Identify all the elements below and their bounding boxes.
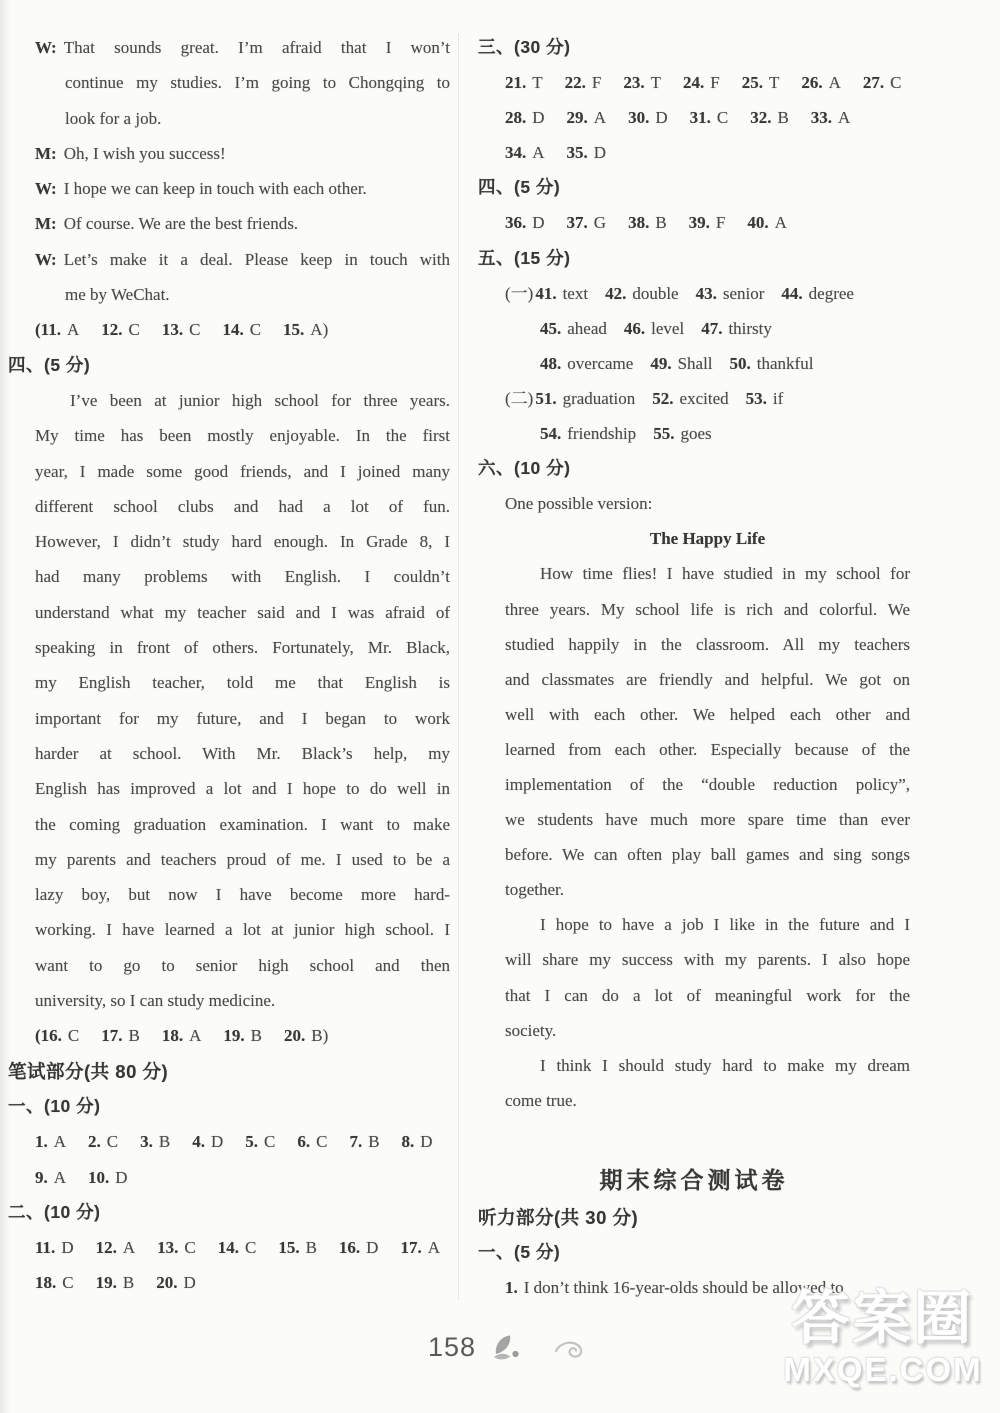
answer-number: 47.: [701, 319, 722, 338]
answer-number: 32.: [750, 108, 771, 127]
section-heading-2: 二、(10 分): [8, 1195, 450, 1230]
answer-number: 28.: [505, 108, 526, 127]
essay-line: important for my future, and I began to …: [35, 701, 450, 736]
answer-number: 4.: [192, 1132, 205, 1151]
answer-row-21-27: 21.T22.F23.T24.F25.T26.A27.C: [505, 65, 910, 100]
answer-pair: 34.A: [505, 135, 545, 170]
answer-number: 44.: [781, 284, 802, 303]
essay-line: my English teacher, told me that English…: [35, 665, 450, 700]
essay-line: my parents and teachers proud of me. I u…: [35, 842, 450, 877]
word-pair: 44.degree: [781, 276, 854, 311]
word-pair: 42.double: [605, 276, 679, 311]
answer-word: if: [773, 389, 783, 408]
answer-letter: A: [428, 1238, 440, 1257]
answer-pair: 24.F: [683, 65, 720, 100]
answer-number: 34.: [505, 143, 526, 162]
answer-word: excited: [680, 389, 729, 408]
answer-number: 20.: [156, 1273, 177, 1292]
answer-number: 18.: [35, 1273, 56, 1292]
word-pair: 55.goes: [653, 416, 711, 451]
answer-number: (11.: [35, 320, 61, 339]
answer-pair: (16.C: [35, 1018, 79, 1053]
answer-pair: 13.C: [162, 312, 201, 347]
word-row-45-47: 45.ahead46.level47.thirsty: [505, 311, 910, 346]
answer-letter: T: [769, 73, 779, 92]
answer-letter: T: [651, 73, 661, 92]
answer-number: 14.: [218, 1238, 239, 1257]
answer-letter: C: [68, 1026, 79, 1045]
dialogue-line: look for a job.: [35, 101, 450, 136]
answer-number: 26.: [801, 73, 822, 92]
essay-line: year, I made some good friends, and I jo…: [35, 454, 450, 489]
section-heading-5: 五、(15 分): [478, 241, 910, 276]
essay-line: and classmates are friendly and helpful.…: [505, 662, 910, 697]
answer-pair: 12.C: [101, 312, 140, 347]
answer-row-11-17: 11.D12.A13.C14.C15.B16.D17.A: [35, 1230, 450, 1265]
essay-line: My time has been mostly enjoyable. In th…: [35, 418, 450, 453]
word-pair: 54.friendship: [540, 416, 636, 451]
essay-line: understand what my teacher said and I wa…: [35, 595, 450, 630]
answer-pair: 31.C: [690, 100, 729, 135]
essay-line: before. We can often play ball games and…: [505, 837, 910, 872]
answer-number: 24.: [683, 73, 704, 92]
essay-line: together.: [505, 872, 910, 907]
dialogue-group: W:That sounds great. I’m afraid that I w…: [8, 30, 450, 312]
answer-pair: 14.C: [222, 312, 261, 347]
essay-line: we students have much more spare time th…: [505, 802, 910, 837]
answer-pair: 16.D: [339, 1230, 379, 1265]
answer-word: goes: [680, 424, 711, 443]
answer-number: 9.: [35, 1168, 48, 1187]
answer-pair: 30.D: [628, 100, 668, 135]
essay-line: come true.: [505, 1083, 910, 1118]
essay-line: I’ve been at junior high school for thre…: [35, 383, 450, 418]
essay-line: will share my success with my parents. I…: [505, 942, 910, 977]
answer-letter: A: [775, 213, 787, 232]
answer-pair: 37.G: [567, 205, 607, 240]
answer-number: 54.: [540, 424, 561, 443]
answer-pair: 1.A: [35, 1124, 66, 1159]
answer-number: 37.: [567, 213, 588, 232]
answer-row-11-15: (11.A12.C13.C14.C15.A): [35, 312, 450, 347]
answer-letter: C: [129, 320, 140, 339]
answer-number: 36.: [505, 213, 526, 232]
item-text: I don’t think 16-year-olds should be all…: [524, 1278, 844, 1297]
model-essay-paragraph-2: I hope to have a job I like in the futur…: [478, 907, 910, 1047]
answer-number: 49.: [650, 354, 671, 373]
answer-number: 51.: [535, 389, 556, 408]
answer-pair: 12.A: [96, 1230, 136, 1265]
essay-line: had many problems with English. I couldn…: [35, 559, 450, 594]
answer-pair: 28.D: [505, 100, 545, 135]
answer-pair: 19.B: [96, 1265, 135, 1300]
essay-line: I hope to have a job I like in the futur…: [505, 907, 910, 942]
dialogue-line: W:Let’s make it a deal. Please keep in t…: [35, 242, 450, 277]
answer-number: 45.: [540, 319, 561, 338]
answer-letter: A: [532, 143, 544, 162]
model-essay-title: The Happy Life: [505, 521, 910, 556]
model-essay-paragraph-1: How time flies! I have studied in my sch…: [478, 556, 910, 907]
answer-number: 3.: [140, 1132, 153, 1151]
answer-number: 20.: [284, 1026, 305, 1045]
answer-row-1-8: 1.A2.C3.B4.D5.C6.C7.B8.D: [35, 1124, 450, 1159]
answer-row-36-40: 36.D37.G38.B39.F40.A: [505, 205, 910, 240]
word-pair: 53.if: [746, 381, 784, 416]
final-exam-title: 期末综合测试卷: [478, 1160, 910, 1200]
answer-row-18-20: 18.C19.B20.D: [35, 1265, 450, 1300]
answer-letter: A: [838, 108, 850, 127]
answer-word: thirsty: [728, 319, 771, 338]
answer-number: 18.: [162, 1026, 183, 1045]
answer-letter: B: [251, 1026, 262, 1045]
answer-number: 41.: [535, 284, 556, 303]
item-number: 1.: [505, 1278, 518, 1297]
answer-number: 19.: [223, 1026, 244, 1045]
essay-line: three years. My school life is rich and …: [505, 592, 910, 627]
answer-pair: 4.D: [192, 1124, 223, 1159]
answer-number: 6.: [297, 1132, 310, 1151]
answer-letter: A: [123, 1238, 135, 1257]
answer-pair: 19.B: [223, 1018, 262, 1053]
answer-letter: C: [245, 1238, 256, 1257]
essay-line: working. I have learned a lot at junior …: [35, 912, 450, 947]
answer-pair: 25.T: [742, 65, 780, 100]
answer-pair: 21.T: [505, 65, 543, 100]
dialogue-text: Of course. We are the best friends.: [64, 214, 298, 233]
word-pair: 43.senior: [696, 276, 765, 311]
answer-pair: 6.C: [297, 1124, 327, 1159]
answer-letter: D: [183, 1273, 195, 1292]
answer-word: level: [651, 319, 684, 338]
speaker-label: W:: [35, 179, 57, 198]
dialogue-text: Oh, I wish you success!: [64, 144, 226, 163]
answer-letter: D: [61, 1238, 73, 1257]
word-row-54-55: 54.friendship55.goes: [505, 416, 910, 451]
answer-letter: A: [829, 73, 841, 92]
answer-number: 53.: [746, 389, 767, 408]
answer-word: graduation: [563, 389, 636, 408]
answer-number: 30.: [628, 108, 649, 127]
answer-row-9-10: 9.A10.D: [35, 1160, 450, 1195]
answer-pair: 18.A: [162, 1018, 202, 1053]
answer-number: 14.: [222, 320, 243, 339]
speaker-label: M:: [35, 214, 57, 233]
answer-word: thankful: [757, 354, 814, 373]
page-number: 158: [428, 1332, 476, 1363]
answer-number: 2.: [88, 1132, 101, 1151]
answer-number: 50.: [730, 354, 751, 373]
listening-section-heading: 听力部分(共 30 分): [478, 1200, 910, 1235]
answer-letter: A: [67, 320, 79, 339]
word-pair: 50.thankful: [730, 346, 814, 381]
answer-pair: 9.A: [35, 1160, 66, 1195]
word-pair: (一)41.text: [505, 276, 588, 311]
answer-letter: B: [655, 213, 666, 232]
possible-version-label: One possible version:: [505, 486, 910, 521]
answer-pair: 11.D: [35, 1230, 74, 1265]
answer-pair: 32.B: [750, 100, 789, 135]
answer-letter: C: [316, 1132, 327, 1151]
dialogue-text: me by WeChat.: [65, 285, 170, 304]
word-pair: 45.ahead: [540, 311, 607, 346]
essay-line: want to go to senior high school and the…: [35, 948, 450, 983]
section-heading-6: 六、(10 分): [478, 451, 910, 486]
listening-item-1: 1.I don’t think 16-year-olds should be a…: [505, 1270, 910, 1305]
answer-pair: 15.A): [283, 312, 328, 347]
answer-number: 22.: [565, 73, 586, 92]
written-section-heading: 笔试部分(共 80 分): [8, 1054, 450, 1089]
answer-pair: 27.C: [863, 65, 902, 100]
answer-letter: B: [129, 1026, 140, 1045]
answer-pair: 8.D: [402, 1124, 433, 1159]
answer-letter: A: [54, 1132, 66, 1151]
answer-pair: 40.A: [747, 205, 787, 240]
swirl-icon: [554, 1335, 588, 1361]
essay-line: different school clubs and had a lot of …: [35, 489, 450, 524]
answer-letter: D: [115, 1168, 127, 1187]
answer-word: Shall: [678, 354, 713, 373]
answer-letter: C: [890, 73, 901, 92]
essay-line: However, I didn’t study hard enough. In …: [35, 524, 450, 559]
essay-line: implementation of the “double reduction …: [505, 767, 910, 802]
word-row-48-50: 48.overcame49.Shall50.thankful: [505, 346, 910, 381]
answer-letter: D: [420, 1132, 432, 1151]
answer-pair: 20.D: [156, 1265, 196, 1300]
answer-pair: 20.B): [284, 1018, 328, 1053]
answer-pair: 7.B: [349, 1124, 379, 1159]
answer-number: 27.: [863, 73, 884, 92]
answer-letter: D: [655, 108, 667, 127]
answer-letter: A: [54, 1168, 66, 1187]
answer-letter: B: [306, 1238, 317, 1257]
answer-letter: F: [592, 73, 601, 92]
essay-line: lazy boy, but now I have become more har…: [35, 877, 450, 912]
answer-word: overcame: [567, 354, 633, 373]
answer-letter: D: [211, 1132, 223, 1151]
answer-number: 33.: [811, 108, 832, 127]
answer-letter: C: [250, 320, 261, 339]
answer-number: 43.: [696, 284, 717, 303]
dialogue-line: M:Oh, I wish you success!: [35, 136, 450, 171]
answer-number: 15.: [278, 1238, 299, 1257]
answer-number: 40.: [747, 213, 768, 232]
answer-number: 8.: [402, 1132, 415, 1151]
word-pair: 52.excited: [652, 381, 728, 416]
answer-letter: T: [532, 73, 542, 92]
answer-letter: C: [717, 108, 728, 127]
answer-number: 11.: [35, 1238, 55, 1257]
right-column: 三、(30 分) 21.T22.F23.T24.F25.T26.A27.C 28…: [478, 30, 910, 1305]
answer-number: 35.: [567, 143, 588, 162]
answer-number: 23.: [623, 73, 644, 92]
subpart-label: (一): [505, 284, 533, 303]
answer-row-16-20: (16.C17.B18.A19.B20.B): [35, 1018, 450, 1053]
answer-letter: A: [189, 1026, 201, 1045]
answer-number: 46.: [624, 319, 645, 338]
answer-pair: 35.D: [567, 135, 607, 170]
answer-number: 55.: [653, 424, 674, 443]
answer-letter: G: [594, 213, 606, 232]
answer-word: double: [632, 284, 678, 303]
dialogue-text: continue my studies. I’m going to Chongq…: [65, 73, 450, 92]
answer-pair: 14.C: [218, 1230, 257, 1265]
answer-letter: B: [159, 1132, 170, 1151]
model-essay-paragraph-3: I think I should study hard to make my d…: [478, 1048, 910, 1118]
word-pair: 48.overcame: [540, 346, 633, 381]
answer-number: (16.: [35, 1026, 62, 1045]
section-heading-4r: 四、(5 分): [478, 170, 910, 205]
answer-pair: 3.B: [140, 1124, 170, 1159]
section-heading-3: 三、(30 分): [478, 30, 910, 65]
essay-line: society.: [505, 1013, 910, 1048]
answer-pair: 36.D: [505, 205, 545, 240]
answer-number: 10.: [88, 1168, 109, 1187]
answer-letter: B: [123, 1273, 134, 1292]
answer-pair: 13.C: [157, 1230, 196, 1265]
word-pair: 49.Shall: [650, 346, 712, 381]
answer-letter: D: [366, 1238, 378, 1257]
word-row-51-53: (二)51.graduation52.excited53.if: [505, 381, 910, 416]
answer-word: ahead: [567, 319, 607, 338]
essay-line: well with each other. We helped each oth…: [505, 697, 910, 732]
watermark-site-text: MXQE.COM: [778, 1350, 988, 1390]
word-pair: (二)51.graduation: [505, 381, 635, 416]
section-heading-1: 一、(10 分): [8, 1089, 450, 1124]
left-column: W:That sounds great. I’m afraid that I w…: [8, 30, 450, 1301]
column-divider: [458, 34, 459, 1300]
dialogue-line: W:I hope we can keep in touch with each …: [35, 171, 450, 206]
answer-pair: 18.C: [35, 1265, 74, 1300]
answer-number: 39.: [689, 213, 710, 232]
answer-number: 17.: [101, 1026, 122, 1045]
word-pair: 47.thirsty: [701, 311, 772, 346]
dialogue-line: me by WeChat.: [35, 277, 450, 312]
essay-line: that I can do a lot of meaningful work f…: [505, 978, 910, 1013]
essay-line: studied happily in the classroom. All my…: [505, 627, 910, 662]
answer-number: 5.: [245, 1132, 258, 1151]
answer-number: 52.: [652, 389, 673, 408]
answer-letter: F: [710, 73, 719, 92]
answer-word: degree: [809, 284, 854, 303]
answer-pair: 2.C: [88, 1124, 118, 1159]
answer-letter: B: [777, 108, 788, 127]
answer-letter: D: [594, 143, 606, 162]
answer-number: 48.: [540, 354, 561, 373]
answer-letter: C: [189, 320, 200, 339]
answer-number: 13.: [162, 320, 183, 339]
essay-line: the coming graduation examination. I wan…: [35, 807, 450, 842]
answer-number: 25.: [742, 73, 763, 92]
answer-letter: A: [594, 108, 606, 127]
answer-number: 13.: [157, 1238, 178, 1257]
dialogue-line: continue my studies. I’m going to Chongq…: [35, 65, 450, 100]
answer-word: senior: [723, 284, 765, 303]
answer-letter: A): [310, 320, 328, 339]
dialogue-text: look for a job.: [65, 109, 161, 128]
answer-number: 31.: [690, 108, 711, 127]
answer-pair: 29.A: [567, 100, 607, 135]
word-pair: 46.level: [624, 311, 684, 346]
answer-number: 38.: [628, 213, 649, 232]
answer-number: 1.: [35, 1132, 48, 1151]
answer-pair: 10.D: [88, 1160, 128, 1195]
answer-number: 17.: [400, 1238, 421, 1257]
answer-pair: 26.A: [801, 65, 841, 100]
answer-number: 7.: [349, 1132, 362, 1151]
answer-word: text: [563, 284, 589, 303]
page-footer: 158: [428, 1332, 588, 1363]
answer-number: 15.: [283, 320, 304, 339]
answer-number: 16.: [339, 1238, 360, 1257]
answer-row-28-33: 28.D29.A30.D31.C32.B33.A: [505, 100, 910, 135]
answer-pair: 22.F: [565, 65, 602, 100]
leaf-icon: [492, 1333, 538, 1363]
answer-letter: D: [532, 213, 544, 232]
answer-pair: 33.A: [811, 100, 851, 135]
dialogue-line: M:Of course. We are the best friends.: [35, 206, 450, 241]
sentence-pair: 1.I don’t think 16-year-olds should be a…: [505, 1270, 844, 1305]
answer-pair: 17.B: [101, 1018, 140, 1053]
answer-number: 42.: [605, 284, 626, 303]
answer-pair: 39.F: [689, 205, 726, 240]
dialogue-text: That sounds great. I’m afraid that I won…: [64, 38, 450, 57]
answer-pair: 15.B: [278, 1230, 317, 1265]
answer-word: friendship: [567, 424, 636, 443]
essay-paragraph: I’ve been at junior high school for thre…: [8, 383, 450, 1018]
answer-pair: 17.A: [400, 1230, 440, 1265]
essay-line: How time flies! I have studied in my sch…: [505, 556, 910, 591]
section-heading-4: 四、(5 分): [8, 348, 450, 383]
answer-number: 21.: [505, 73, 526, 92]
speaker-label: M:: [35, 144, 57, 163]
answer-row-34-35: 34.A35.D: [505, 135, 910, 170]
answer-pair: 23.T: [623, 65, 661, 100]
dialogue-text: Let’s make it a deal. Please keep in tou…: [64, 250, 450, 269]
answer-letter: C: [62, 1273, 73, 1292]
answer-pair: (11.A: [35, 312, 79, 347]
answer-pair: 5.C: [245, 1124, 275, 1159]
answer-number: 29.: [567, 108, 588, 127]
section-gap: [478, 1118, 910, 1160]
answer-letter: C: [107, 1132, 118, 1151]
essay-line: English has improved a lot and I hope to…: [35, 771, 450, 806]
answer-letter: B: [368, 1132, 379, 1151]
dialogue-text: I hope we can keep in touch with each ot…: [64, 179, 367, 198]
answer-letter: F: [716, 213, 725, 232]
essay-line: learned from each other. Especially beca…: [505, 732, 910, 767]
essay-line: harder at school. With Mr. Black’s help,…: [35, 736, 450, 771]
essay-line: I think I should study hard to make my d…: [505, 1048, 910, 1083]
answer-letter: C: [184, 1238, 195, 1257]
essay-line: speaking in front of others. Fortunately…: [35, 630, 450, 665]
answer-letter: C: [264, 1132, 275, 1151]
answer-pair: 38.B: [628, 205, 667, 240]
answer-number: 12.: [101, 320, 122, 339]
subpart-label: (二): [505, 389, 533, 408]
answer-number: 12.: [96, 1238, 117, 1257]
speaker-label: W:: [35, 250, 57, 269]
dialogue-line: W:That sounds great. I’m afraid that I w…: [35, 30, 450, 65]
essay-line: university, so I can study medicine.: [35, 983, 450, 1018]
answer-letter: B): [311, 1026, 328, 1045]
section-heading-1r: 一、(5 分): [478, 1235, 910, 1270]
answer-number: 19.: [96, 1273, 117, 1292]
speaker-label: W:: [35, 38, 57, 57]
word-row-41-44: (一)41.text42.double43.senior44.degree: [505, 276, 910, 311]
answer-letter: D: [532, 108, 544, 127]
